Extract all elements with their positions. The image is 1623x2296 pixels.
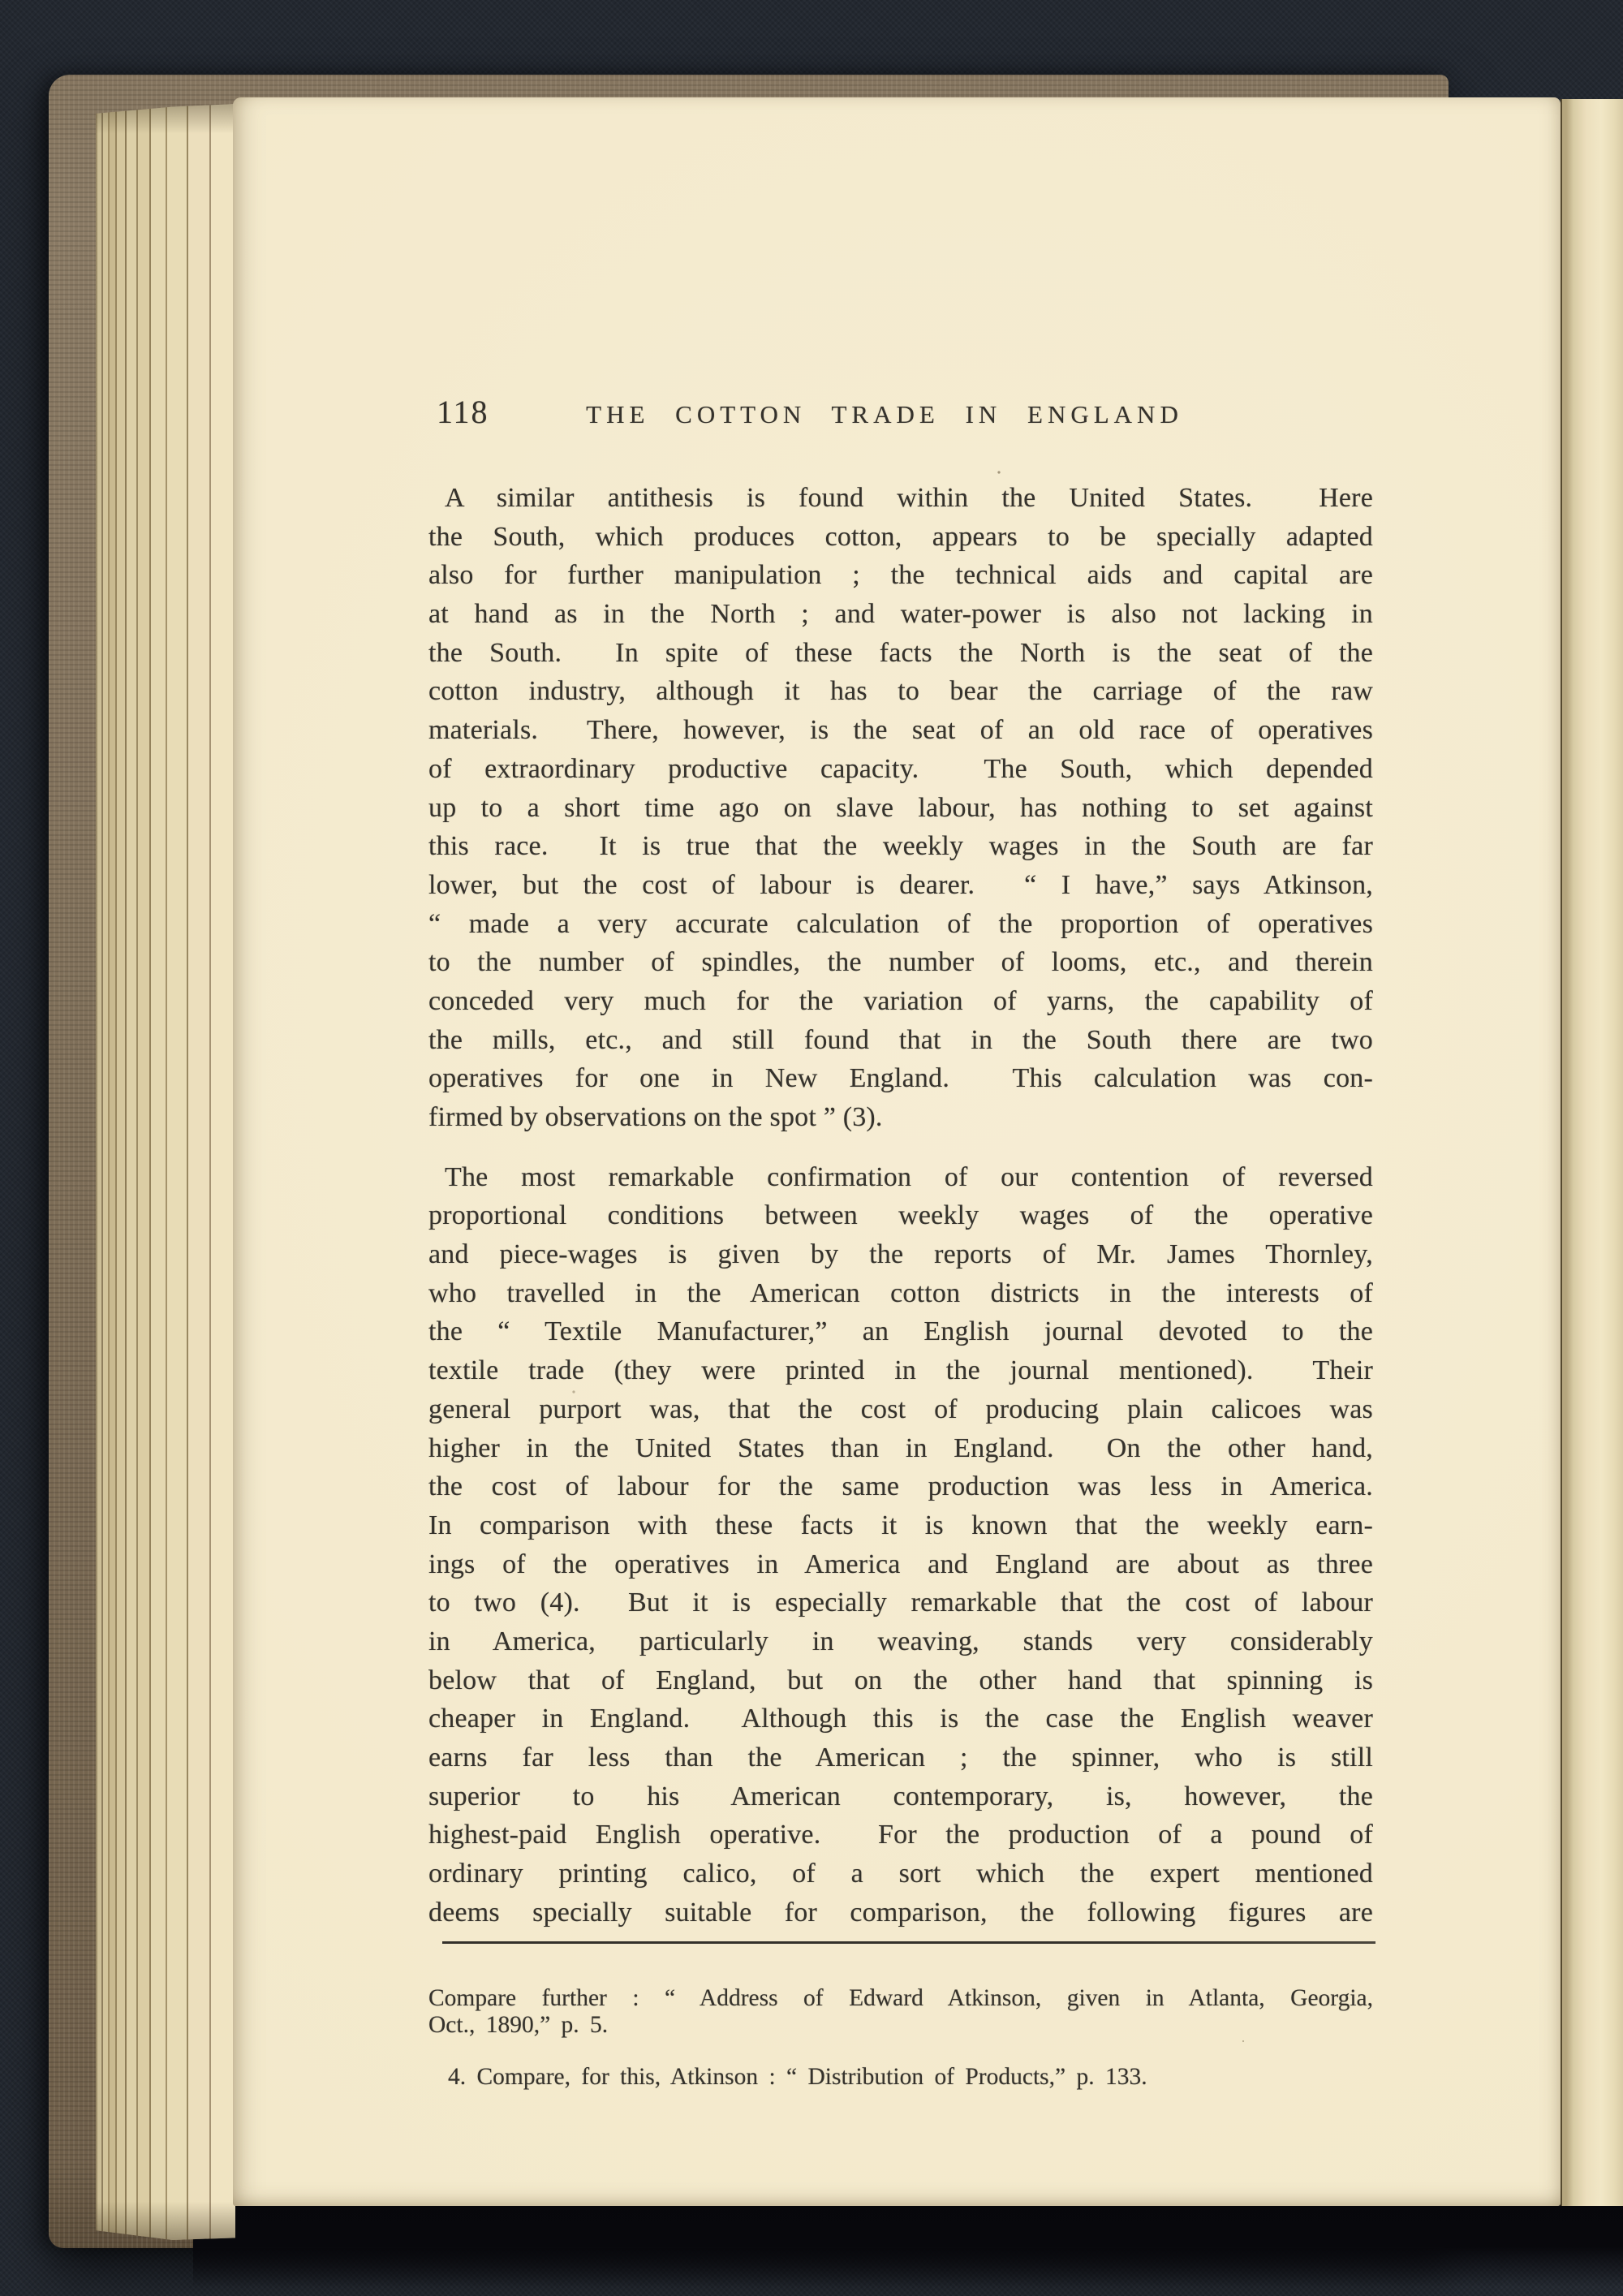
text-line: Compare further : “ Address of Edward At… [428, 1985, 1373, 2013]
text-line: conceded very much for the variation of … [428, 982, 1373, 1021]
text-line: cotton industry, although it has to bear… [428, 672, 1373, 711]
text-line: “ made a very accurate calculation of th… [428, 905, 1373, 944]
text-line: ordinary printing calico, of a sort whic… [428, 1854, 1373, 1893]
text-line: general purport was, that the cost of pr… [428, 1390, 1373, 1429]
text-line: deems specially suitable for comparison,… [428, 1893, 1373, 1932]
text-line: this race. It is true that the weekly wa… [428, 827, 1373, 866]
text-line: higher in the United States than in Engl… [428, 1429, 1373, 1468]
text-line: the South, which produces cotton, appear… [428, 518, 1373, 557]
text-line: ings of the operatives in America and En… [428, 1545, 1373, 1584]
paragraph: The most remarkable confirmation of our … [428, 1158, 1373, 1932]
text-line: lower, but the cost of labour is dearer.… [428, 866, 1373, 905]
text-line: firmed by observations on the spot ” (3)… [428, 1098, 1373, 1137]
text-line: 3. Edward Atkinson : Popular Science Mon… [428, 1958, 1373, 1985]
text-line: highest-paid English operative. For the … [428, 1816, 1373, 1854]
body-text: A similar antithesis is found within the… [428, 479, 1373, 1932]
text-line: in America, particularly in weaving, sta… [428, 1622, 1373, 1661]
page-bottom-shadow [193, 2198, 1623, 2287]
text-line: who travelled in the American cotton dis… [428, 1274, 1373, 1313]
text-line: Oct., 1890,” p. 5. [428, 2012, 1373, 2040]
text-line: superior to his American contemporary, i… [428, 1777, 1373, 1816]
text-line: The most remarkable confirmation of our … [428, 1158, 1373, 1197]
book-photo-scene: 118 THE COTTON TRADE IN ENGLAND A simila… [0, 0, 1623, 2296]
text-line: to the number of spindles, the number of… [428, 943, 1373, 982]
text-line: the “ Textile Manufacturer,” an English … [428, 1312, 1373, 1351]
footnote-4: 4. Compare, for this, Atkinson : “ Distr… [428, 2064, 1373, 2091]
text-line: materials. There, however, is the seat o… [428, 711, 1373, 750]
text-line: the cost of labour for the same producti… [428, 1467, 1373, 1506]
text-line: also for further manipulation ; the tech… [428, 556, 1373, 595]
text-line: and piece-wages is given by the reports … [428, 1235, 1373, 1274]
text-line: the South. In spite of these facts the N… [428, 634, 1373, 673]
running-title: THE COTTON TRADE IN ENGLAND [428, 397, 1341, 433]
book-page: 118 THE COTTON TRADE IN ENGLAND A simila… [233, 97, 1561, 2206]
text-line: up to a short time ago on slave labour, … [428, 789, 1373, 828]
paragraph: A similar antithesis is found within the… [428, 479, 1373, 1137]
text-line: the mills, etc., and still found that in… [428, 1021, 1373, 1060]
text-line: proportional conditions between weekly w… [428, 1196, 1373, 1235]
text-line: operatives for one in New England. This … [428, 1059, 1373, 1098]
text-line: A similar antithesis is found within the… [428, 479, 1373, 518]
text-line: textile trade (they were printed in the … [428, 1351, 1373, 1390]
text-line: of extraordinary productive capacity. Th… [428, 750, 1373, 789]
text-line: below that of England, but on the other … [428, 1661, 1373, 1700]
text-line: cheaper in England. Although this is the… [428, 1699, 1373, 1738]
fanned-page-edges [96, 104, 235, 2240]
text-line: to two (4). But it is especially remarka… [428, 1583, 1373, 1622]
text-line: at hand as in the North ; and water-powe… [428, 595, 1373, 634]
text-line: In comparison with these facts it is kno… [428, 1506, 1373, 1545]
text-line: earns far less than the American ; the s… [428, 1738, 1373, 1777]
footnote-separator-rule [442, 1941, 1375, 1944]
footnote-3: 3. Edward Atkinson : Popular Science Mon… [428, 1958, 1373, 2040]
text-line: 4. Compare, for this, Atkinson : “ Distr… [428, 2064, 1373, 2091]
page-header: 118 THE COTTON TRADE IN ENGLAND [428, 393, 1373, 432]
footnotes: 3. Edward Atkinson : Popular Science Mon… [428, 1958, 1373, 2091]
facing-page-gutter [1561, 99, 1623, 2206]
